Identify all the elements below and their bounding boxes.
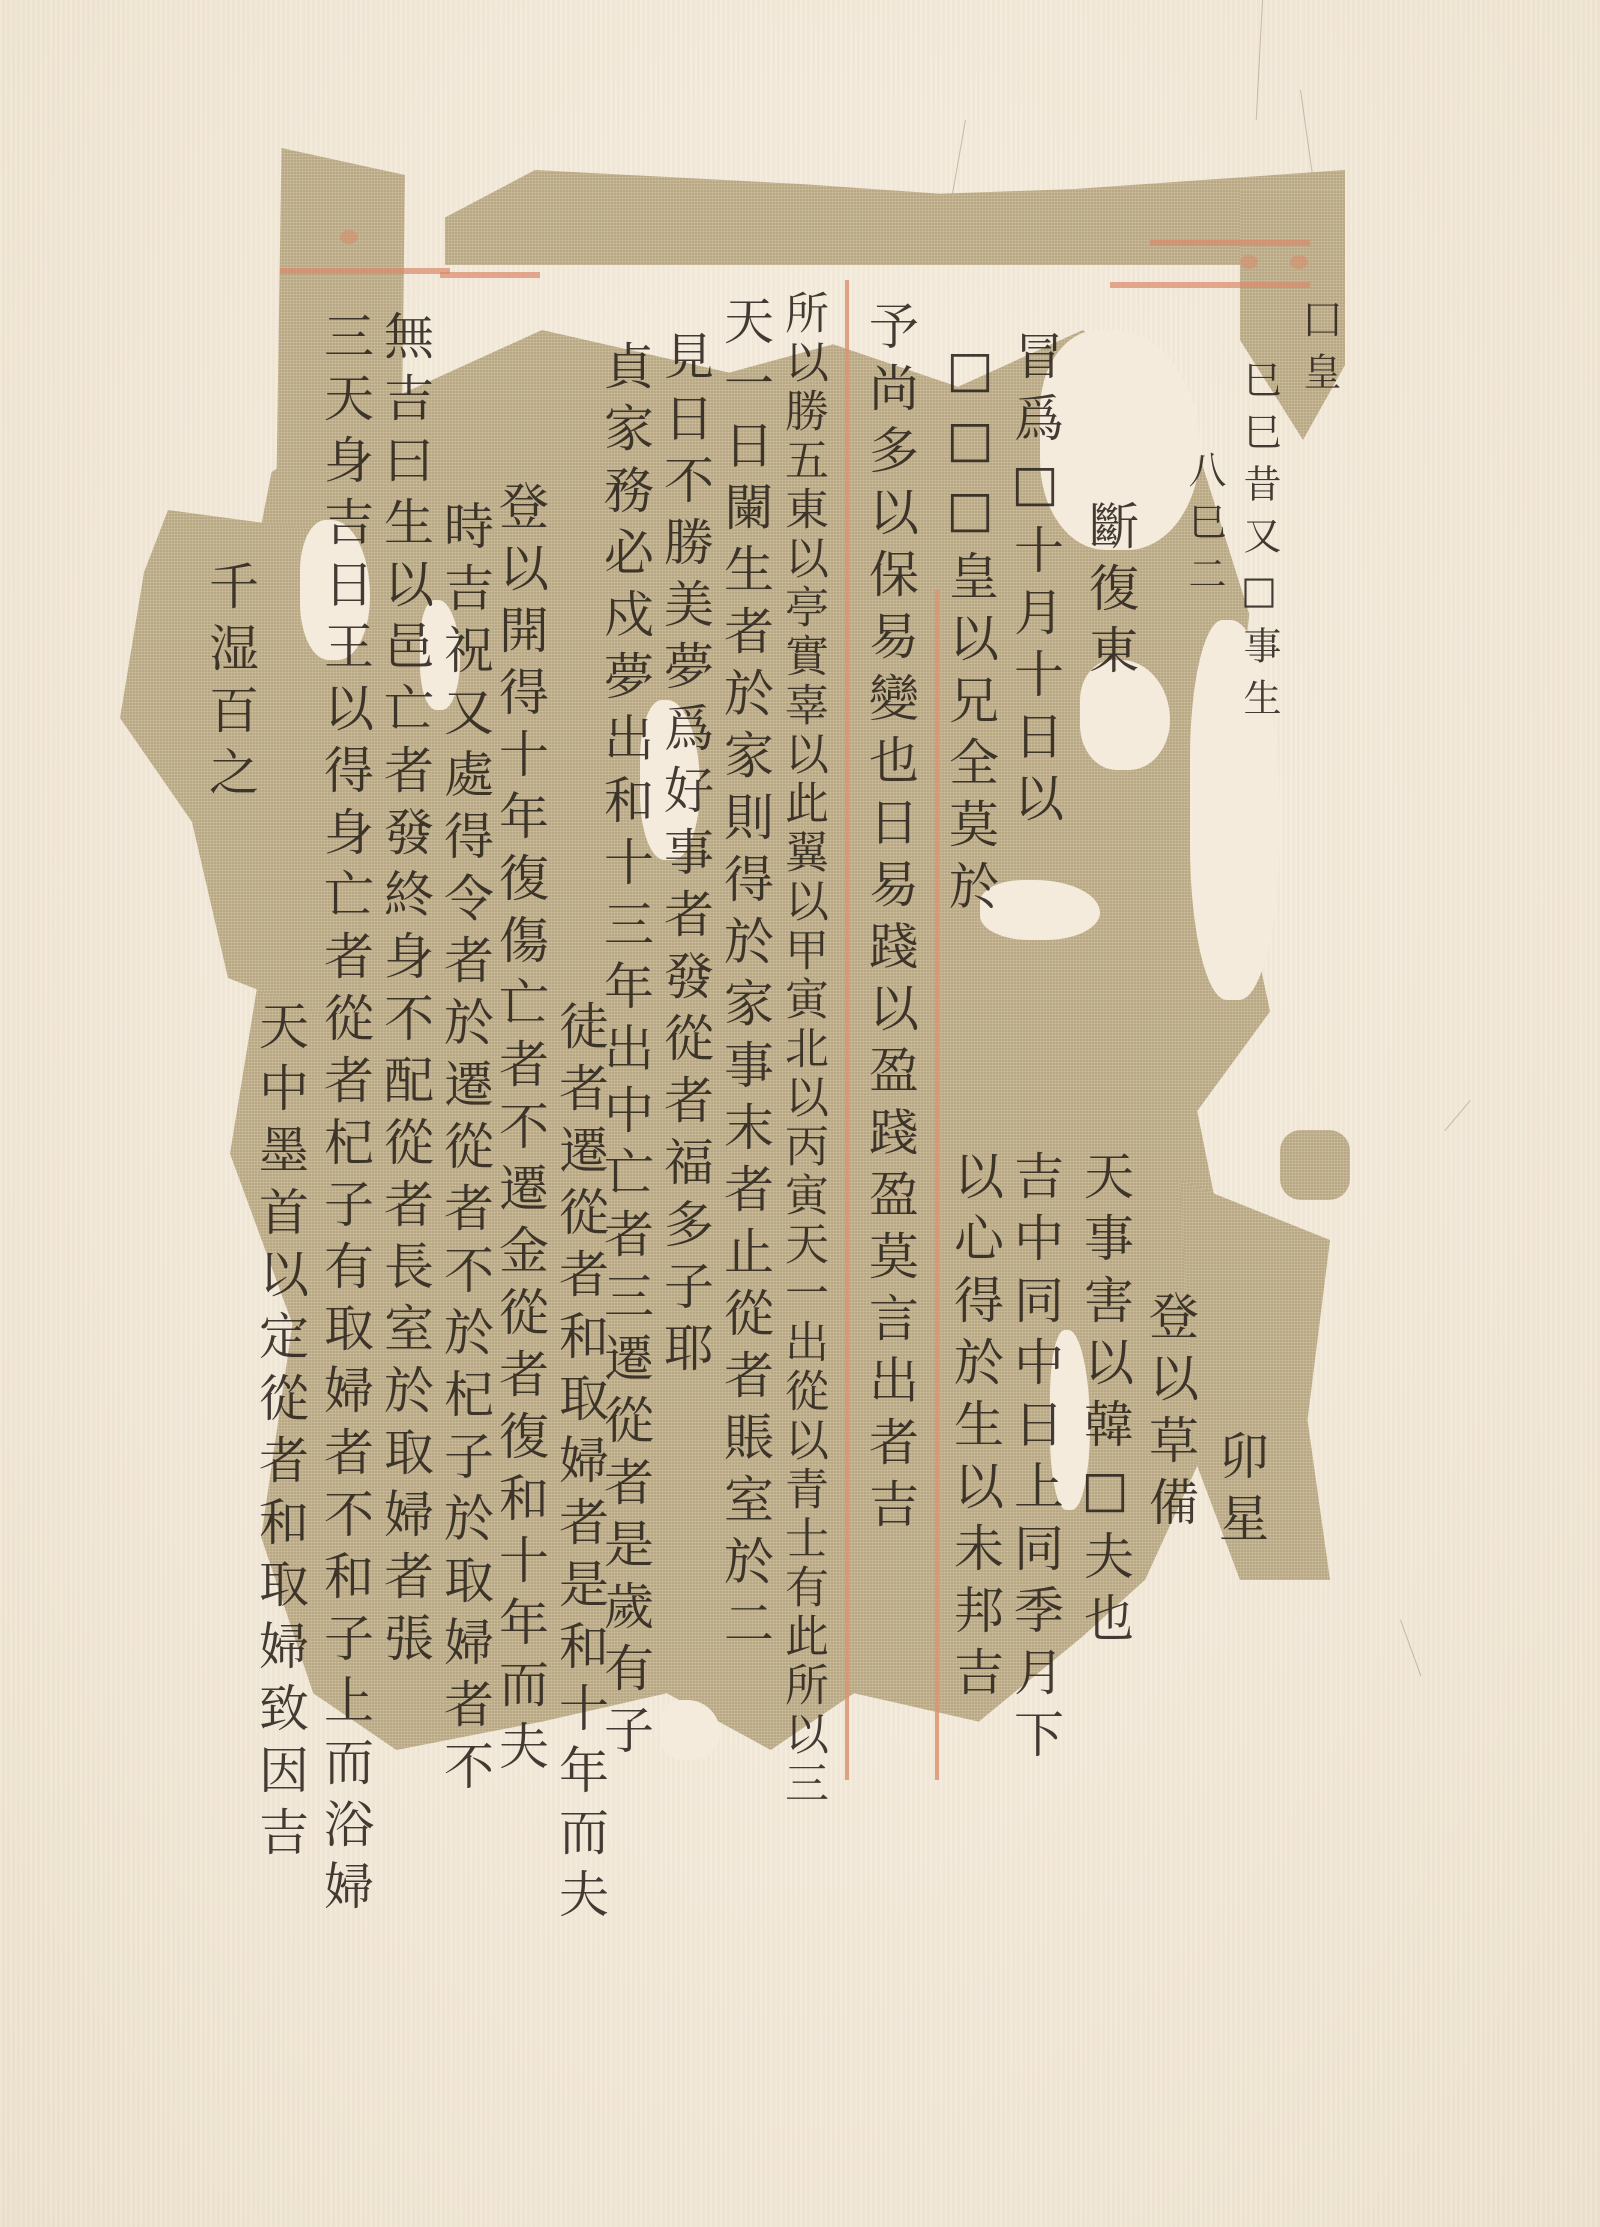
text-column: 天中墨首以定從者和取婦致因吉	[255, 1000, 305, 1868]
red-ruling-top	[280, 268, 450, 274]
text-column: 登以開得十年復傷亡者不遷金從者復和十年而夫	[495, 480, 545, 1782]
text-column: 時吉祝又處得令者於遷從者不於杞子於取婦者不	[440, 500, 490, 1802]
red-seal-dot	[1240, 255, 1258, 269]
text-column: □□□皇以兄全莫於	[945, 340, 995, 922]
text-column: 八巳二	[1185, 450, 1223, 606]
silk-top-band	[445, 170, 1345, 265]
text-column: 天事害以韓□夫也	[1080, 1150, 1130, 1654]
red-seal-dot	[1290, 255, 1308, 269]
text-column: 冒爲□十月十日以	[1010, 330, 1060, 834]
text-column: 囗皇	[1300, 300, 1338, 404]
paper-fiber	[1444, 1100, 1470, 1131]
text-column: 卯星	[1215, 1430, 1265, 1554]
text-column: 予尚多以保易變也日易踐以盈踐盈莫言出者吉	[865, 300, 915, 1540]
text-column: 千湿百之	[205, 560, 255, 808]
text-column: 以心得於生以未邦吉	[950, 1150, 1000, 1708]
red-ruling-top	[1150, 240, 1310, 246]
paper-fiber	[1400, 1620, 1421, 1677]
text-column: 斷復東	[1085, 500, 1135, 686]
text-column: 吉中同中日上同季月下	[1010, 1150, 1060, 1770]
text-column: 天一日闌生者於家則得於家事末者止從者賬室於二	[720, 295, 770, 1659]
text-column: 無吉曰生以邑亡者發終身不配從者長室於取婦者張	[380, 310, 430, 1674]
text-column: 巳巳昔又□事生	[1240, 360, 1278, 730]
red-ruling-vertical	[845, 280, 849, 1780]
red-ruling-top	[1110, 282, 1310, 288]
text-column: 三天身吉日王以得身亡者從者杞子有取婦者不和子上而浴婦	[320, 310, 370, 1922]
red-ruling-top	[440, 272, 540, 278]
paper-fiber	[951, 120, 966, 199]
text-column: 登以草備	[1145, 1290, 1195, 1538]
silk-right-fragment	[1280, 1130, 1350, 1200]
red-ruling-vertical	[935, 590, 939, 1780]
paper-fiber	[1256, 0, 1263, 120]
text-column: 見日不勝美夢爲好事者發從者福多子耶	[660, 330, 710, 1384]
text-column: 所以勝五東以亭實辜以此翼以甲寅北以丙寅天一出從以青士有此所以三	[780, 290, 824, 1809]
text-column: 徒者遷從者和取婦者是和十年而夫	[555, 1000, 605, 1930]
red-seal-dot	[340, 230, 358, 244]
